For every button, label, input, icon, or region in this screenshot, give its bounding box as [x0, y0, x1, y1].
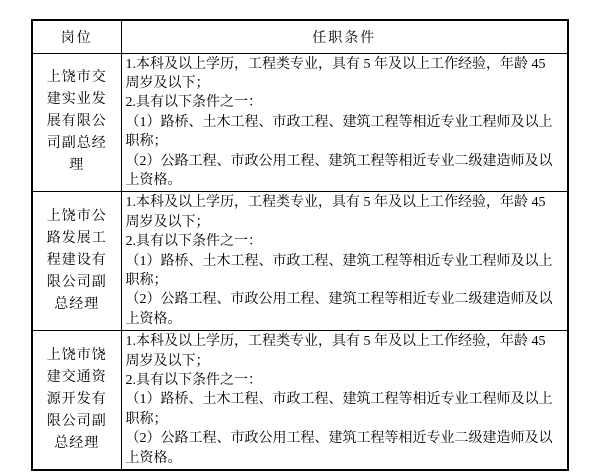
- requirements-cell: 1.本科及以上学历，工程类专业，具有 5 年及以上工作经验，年龄 45 周岁及以…: [121, 192, 568, 331]
- requirement-line: （2）公路工程、市政公用工程、建筑工程等相近专业二级建造师及以上资格。: [126, 290, 562, 329]
- requirement-line: 1.本科及以上学历，工程类专业，具有 5 年及以上工作经验，年龄 45 周岁及以…: [126, 332, 562, 371]
- header-cell-position: 岗位: [32, 20, 121, 53]
- position-cell: 上饶市公路发展工程建设有限公司副总经理: [32, 192, 121, 331]
- position-cell: 上饶市交建实业发展有限公司副总经理: [32, 53, 121, 192]
- requirement-line: （2）公路工程、市政公用工程、建筑工程等相近专业二级建造师及以上资格。: [126, 429, 562, 468]
- requirement-line: （1）路桥、土木工程、市政工程、建筑工程等相近专业工程师及以上职称；: [126, 113, 562, 152]
- requirement-line: （2）公路工程、市政公用工程、建筑工程等相近专业二级建造师及以上资格。: [126, 152, 562, 191]
- table-row: 上饶市公路发展工程建设有限公司副总经理 1.本科及以上学历，工程类专业，具有 5…: [32, 192, 568, 331]
- table-row: 上饶市交建实业发展有限公司副总经理 1.本科及以上学历，工程类专业，具有 5 年…: [32, 53, 568, 192]
- table-row: 上饶市饶建交通资源开发有限公司副总经理 1.本科及以上学历，工程类专业，具有 5…: [32, 331, 568, 470]
- requirement-line: 2.具有以下条件之一：: [126, 232, 562, 251]
- requirements-cell: 1.本科及以上学历，工程类专业，具有 5 年及以上工作经验，年龄 45 周岁及以…: [121, 53, 568, 192]
- header-cell-requirements: 任职条件: [121, 20, 568, 53]
- requirements-cell: 1.本科及以上学历，工程类专业，具有 5 年及以上工作经验，年龄 45 周岁及以…: [121, 331, 568, 470]
- requirement-line: 2.具有以下条件之一：: [126, 93, 562, 112]
- requirement-line: （1）路桥、土木工程、市政工程、建筑工程等相近专业工程师及以上职称；: [126, 252, 562, 291]
- requirement-line: 2.具有以下条件之一：: [126, 371, 562, 390]
- table-header-row: 岗位 任职条件: [32, 20, 568, 53]
- requirement-line: 1.本科及以上学历，工程类专业，具有 5 年及以上工作经验，年龄 45 周岁及以…: [126, 55, 562, 94]
- recruitment-table: 岗位 任职条件 上饶市交建实业发展有限公司副总经理 1.本科及以上学历，工程类专…: [31, 19, 569, 471]
- requirement-line: 1.本科及以上学历，工程类专业，具有 5 年及以上工作经验，年龄 45 周岁及以…: [126, 193, 562, 232]
- requirement-line: （1）路桥、土木工程、市政工程、建筑工程等相近专业工程师及以上职称；: [126, 390, 562, 429]
- position-cell: 上饶市饶建交通资源开发有限公司副总经理: [32, 331, 121, 470]
